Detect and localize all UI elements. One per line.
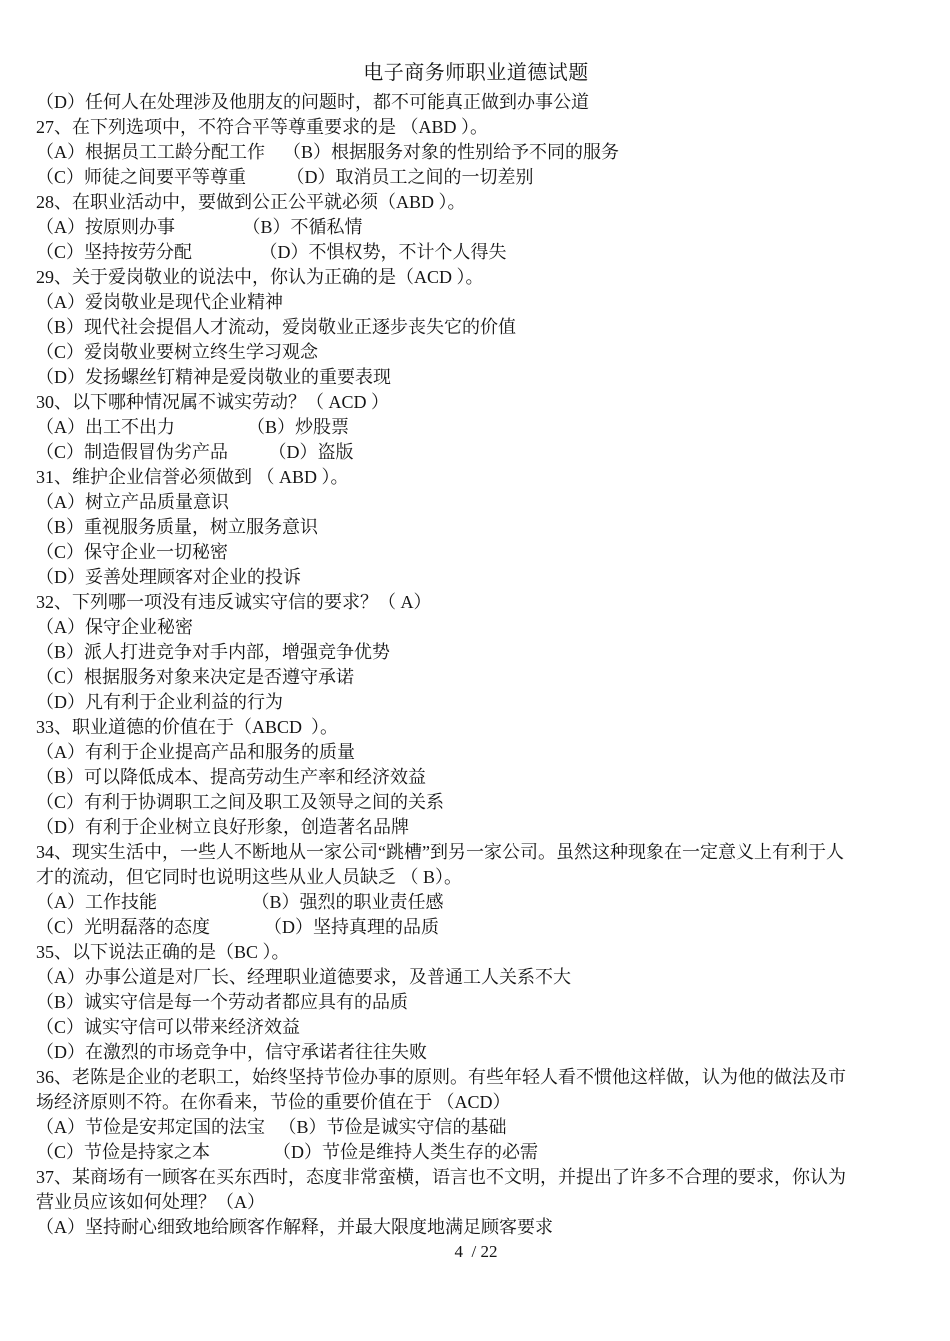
doc-line: 27、在下列选项中，不符合平等尊重要求的是 （ABD ）。 xyxy=(36,115,916,140)
doc-line: （A）有利于企业提高产品和服务的质量 xyxy=(36,740,916,765)
doc-line: 31、维护企业信誉必须做到 （ ABD ）。 xyxy=(36,465,916,490)
doc-line: （B）可以降低成本、提高劳动生产率和经济效益 xyxy=(36,765,916,790)
doc-line: （C）坚持按劳分配 （D）不惧权势，不计个人得失 xyxy=(36,240,916,265)
doc-line: （C）保守企业一切秘密 xyxy=(36,540,916,565)
doc-line: （B）诚实守信是每一个劳动者都应具有的品质 xyxy=(36,990,916,1015)
document-body: （D）任何人在处理涉及他朋友的问题时，都不可能真正做到办事公道 27、在下列选项… xyxy=(36,90,916,1240)
doc-line: （A）保守企业秘密 xyxy=(36,615,916,640)
doc-line: 32、下列哪一项没有违反诚实守信的要求？（ A） xyxy=(36,590,916,615)
doc-line: 33、职业道德的价值在于（ABCD ）。 xyxy=(36,715,916,740)
doc-line: （C）师徒之间要平等尊重 （D）取消员工之间的一切差别 xyxy=(36,165,916,190)
doc-line: 36、老陈是企业的老职工，始终坚持节俭办事的原则。有些年轻人看不惯他这样做，认为… xyxy=(36,1065,916,1090)
doc-line: 28、在职业活动中，要做到公正公平就必须（ABD ）。 xyxy=(36,190,916,215)
doc-line: 37、某商场有一顾客在买东西时，态度非常蛮横，语言也不文明，并提出了许多不合理的… xyxy=(36,1165,916,1190)
doc-line: 35、以下说法正确的是（BC ）。 xyxy=(36,940,916,965)
doc-line: （B）现代社会提倡人才流动，爱岗敬业正逐步丧失它的价值 xyxy=(36,315,916,340)
doc-line: 29、关于爱岗敬业的说法中，你认为正确的是（ACD ）。 xyxy=(36,265,916,290)
doc-line: （A）按原则办事 （B）不循私情 xyxy=(36,215,916,240)
doc-line: （C）根据服务对象来决定是否遵守承诺 xyxy=(36,665,916,690)
doc-line: （C）光明磊落的态度 （D）坚持真理的品质 xyxy=(36,915,916,940)
doc-line: （B）派人打进竞争对手内部，增强竞争优势 xyxy=(36,640,916,665)
doc-line: 34、现实生活中，一些人不断地从一家公司“跳槽”到另一家公司。虽然这种现象在一定… xyxy=(36,840,916,865)
doc-line: （C）诚实守信可以带来经济效益 xyxy=(36,1015,916,1040)
doc-line: （C）节俭是持家之本 （D）节俭是维持人类生存的必需 xyxy=(36,1140,916,1165)
doc-line: （A）出工不出力 （B）炒股票 xyxy=(36,415,916,440)
doc-line: （D）发扬螺丝钉精神是爱岗敬业的重要表现 xyxy=(36,365,916,390)
doc-line: 营业员应该如何处理？（A） xyxy=(36,1190,916,1215)
doc-line: （A）工作技能 （B）强烈的职业责任感 xyxy=(36,890,916,915)
doc-line: （D）凡有利于企业利益的行为 xyxy=(36,690,916,715)
doc-line: （C）有利于协调职工之间及职工及领导之间的关系 xyxy=(36,790,916,815)
page-number-indicator: 4 / 22 xyxy=(36,1240,916,1264)
doc-line: 场经济原则不符。在你看来，节俭的重要价值在于 （ACD） xyxy=(36,1090,916,1115)
doc-line: 才的流动，但它同时也说明这些从业人员缺乏 （ B）。 xyxy=(36,865,916,890)
doc-line: （A）节俭是安邦定国的法宝 （B）节俭是诚实守信的基础 xyxy=(36,1115,916,1140)
doc-line: （D）任何人在处理涉及他朋友的问题时，都不可能真正做到办事公道 xyxy=(36,90,916,115)
doc-line: （C）制造假冒伪劣产品 （D）盗版 xyxy=(36,440,916,465)
doc-line: （D）在激烈的市场竞争中，信守承诺者往往失败 xyxy=(36,1040,916,1065)
doc-line: （B）重视服务质量，树立服务意识 xyxy=(36,515,916,540)
page-title: 电子商务师职业道德试题 xyxy=(36,62,916,85)
document-page: 电子商务师职业道德试题 （D）任何人在处理涉及他朋友的问题时，都不可能真正做到办… xyxy=(0,0,950,1341)
doc-line: （C）爱岗敬业要树立终生学习观念 xyxy=(36,340,916,365)
doc-line: （A）根据员工工龄分配工作 （B）根据服务对象的性别给予不同的服务 xyxy=(36,140,916,165)
doc-line: （A）办事公道是对厂长、经理职业道德要求，及普通工人关系不大 xyxy=(36,965,916,990)
doc-line: （D）有利于企业树立良好形象，创造著名品牌 xyxy=(36,815,916,840)
doc-line: （D）妥善处理顾客对企业的投诉 xyxy=(36,565,916,590)
doc-line: （A）坚持耐心细致地给顾客作解释，并最大限度地满足顾客要求 xyxy=(36,1215,916,1240)
doc-line: 30、以下哪种情况属不诚实劳动？（ ACD ） xyxy=(36,390,916,415)
doc-line: （A）树立产品质量意识 xyxy=(36,490,916,515)
doc-line: （A）爱岗敬业是现代企业精神 xyxy=(36,290,916,315)
